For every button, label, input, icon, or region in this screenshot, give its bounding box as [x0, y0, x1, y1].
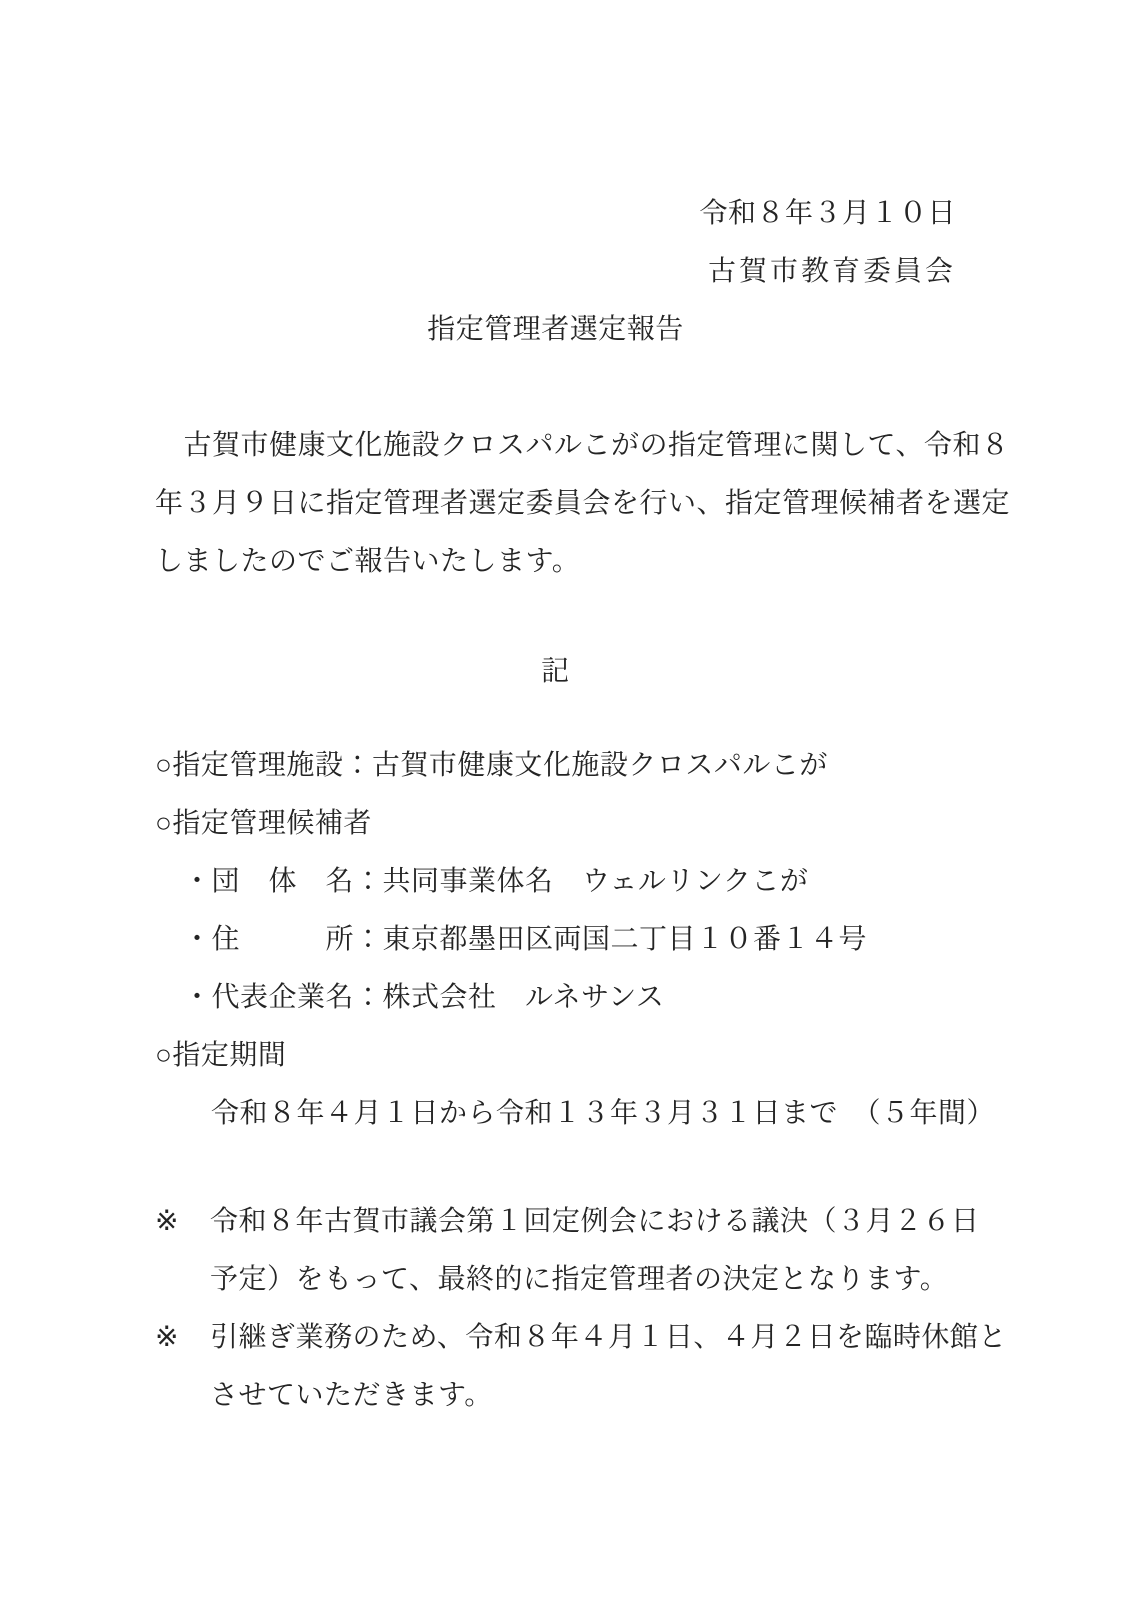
candidate-detail-address: ・住 所：東京都墨田区両国二丁目１０番１４号 — [155, 911, 956, 969]
period-value: 令和８年４月１日から令和１３年３月３１日まで （５年間） — [155, 1085, 956, 1143]
document-date: 令和８年３月１０日 — [155, 185, 956, 243]
issuing-organization: 古賀市教育委員会 — [155, 243, 956, 301]
note-council-line-1: 令和８年古賀市議会第１回定例会における議決（３月２６日 — [210, 1193, 956, 1251]
note-closure-line-2: させていただきます。 — [210, 1367, 956, 1425]
facility-item: ○指定管理施設：古賀市健康文化施設クロスパルこが — [155, 737, 956, 795]
note-temporary-closure: ※ 引継ぎ業務のため、令和８年４月１日、４月２日を臨時休館と させていただきます… — [155, 1309, 956, 1425]
document-content: 令和８年３月１０日 古賀市教育委員会 指定管理者選定報告 古賀市健康文化施設クロ… — [0, 0, 1126, 1425]
note-marker-icon: ※ — [155, 1309, 178, 1367]
document-page: 令和８年３月１０日 古賀市教育委員会 指定管理者選定報告 古賀市健康文化施設クロ… — [0, 0, 1126, 1615]
candidate-detail-organization-name: ・団 体 名：共同事業体名 ウェルリンクこが — [155, 853, 956, 911]
intro-line-3: しましたのでご報告いたします。 — [155, 533, 956, 591]
intro-line-2: 年３月９日に指定管理者選定委員会を行い、指定管理候補者を選定 — [155, 475, 956, 533]
note-marker-icon: ※ — [155, 1193, 178, 1251]
note-council-line-2: 予定）をもって、最終的に指定管理者の決定となります。 — [210, 1251, 956, 1309]
intro-line-1: 古賀市健康文化施設クロスパルこがの指定管理に関して、令和８ — [155, 417, 956, 475]
candidate-detail-representative-company: ・代表企業名：株式会社 ルネサンス — [155, 969, 956, 1027]
period-heading: ○指定期間 — [155, 1027, 956, 1085]
record-marker: 記 — [155, 643, 956, 701]
intro-paragraph: 古賀市健康文化施設クロスパルこがの指定管理に関して、令和８ 年３月９日に指定管理… — [155, 417, 956, 591]
note-council-resolution: ※ 令和８年古賀市議会第１回定例会における議決（３月２６日 予定）をもって、最終… — [155, 1193, 956, 1309]
document-title: 指定管理者選定報告 — [155, 301, 956, 359]
note-closure-line-1: 引継ぎ業務のため、令和８年４月１日、４月２日を臨時休館と — [210, 1309, 956, 1367]
candidate-heading: ○指定管理候補者 — [155, 795, 956, 853]
